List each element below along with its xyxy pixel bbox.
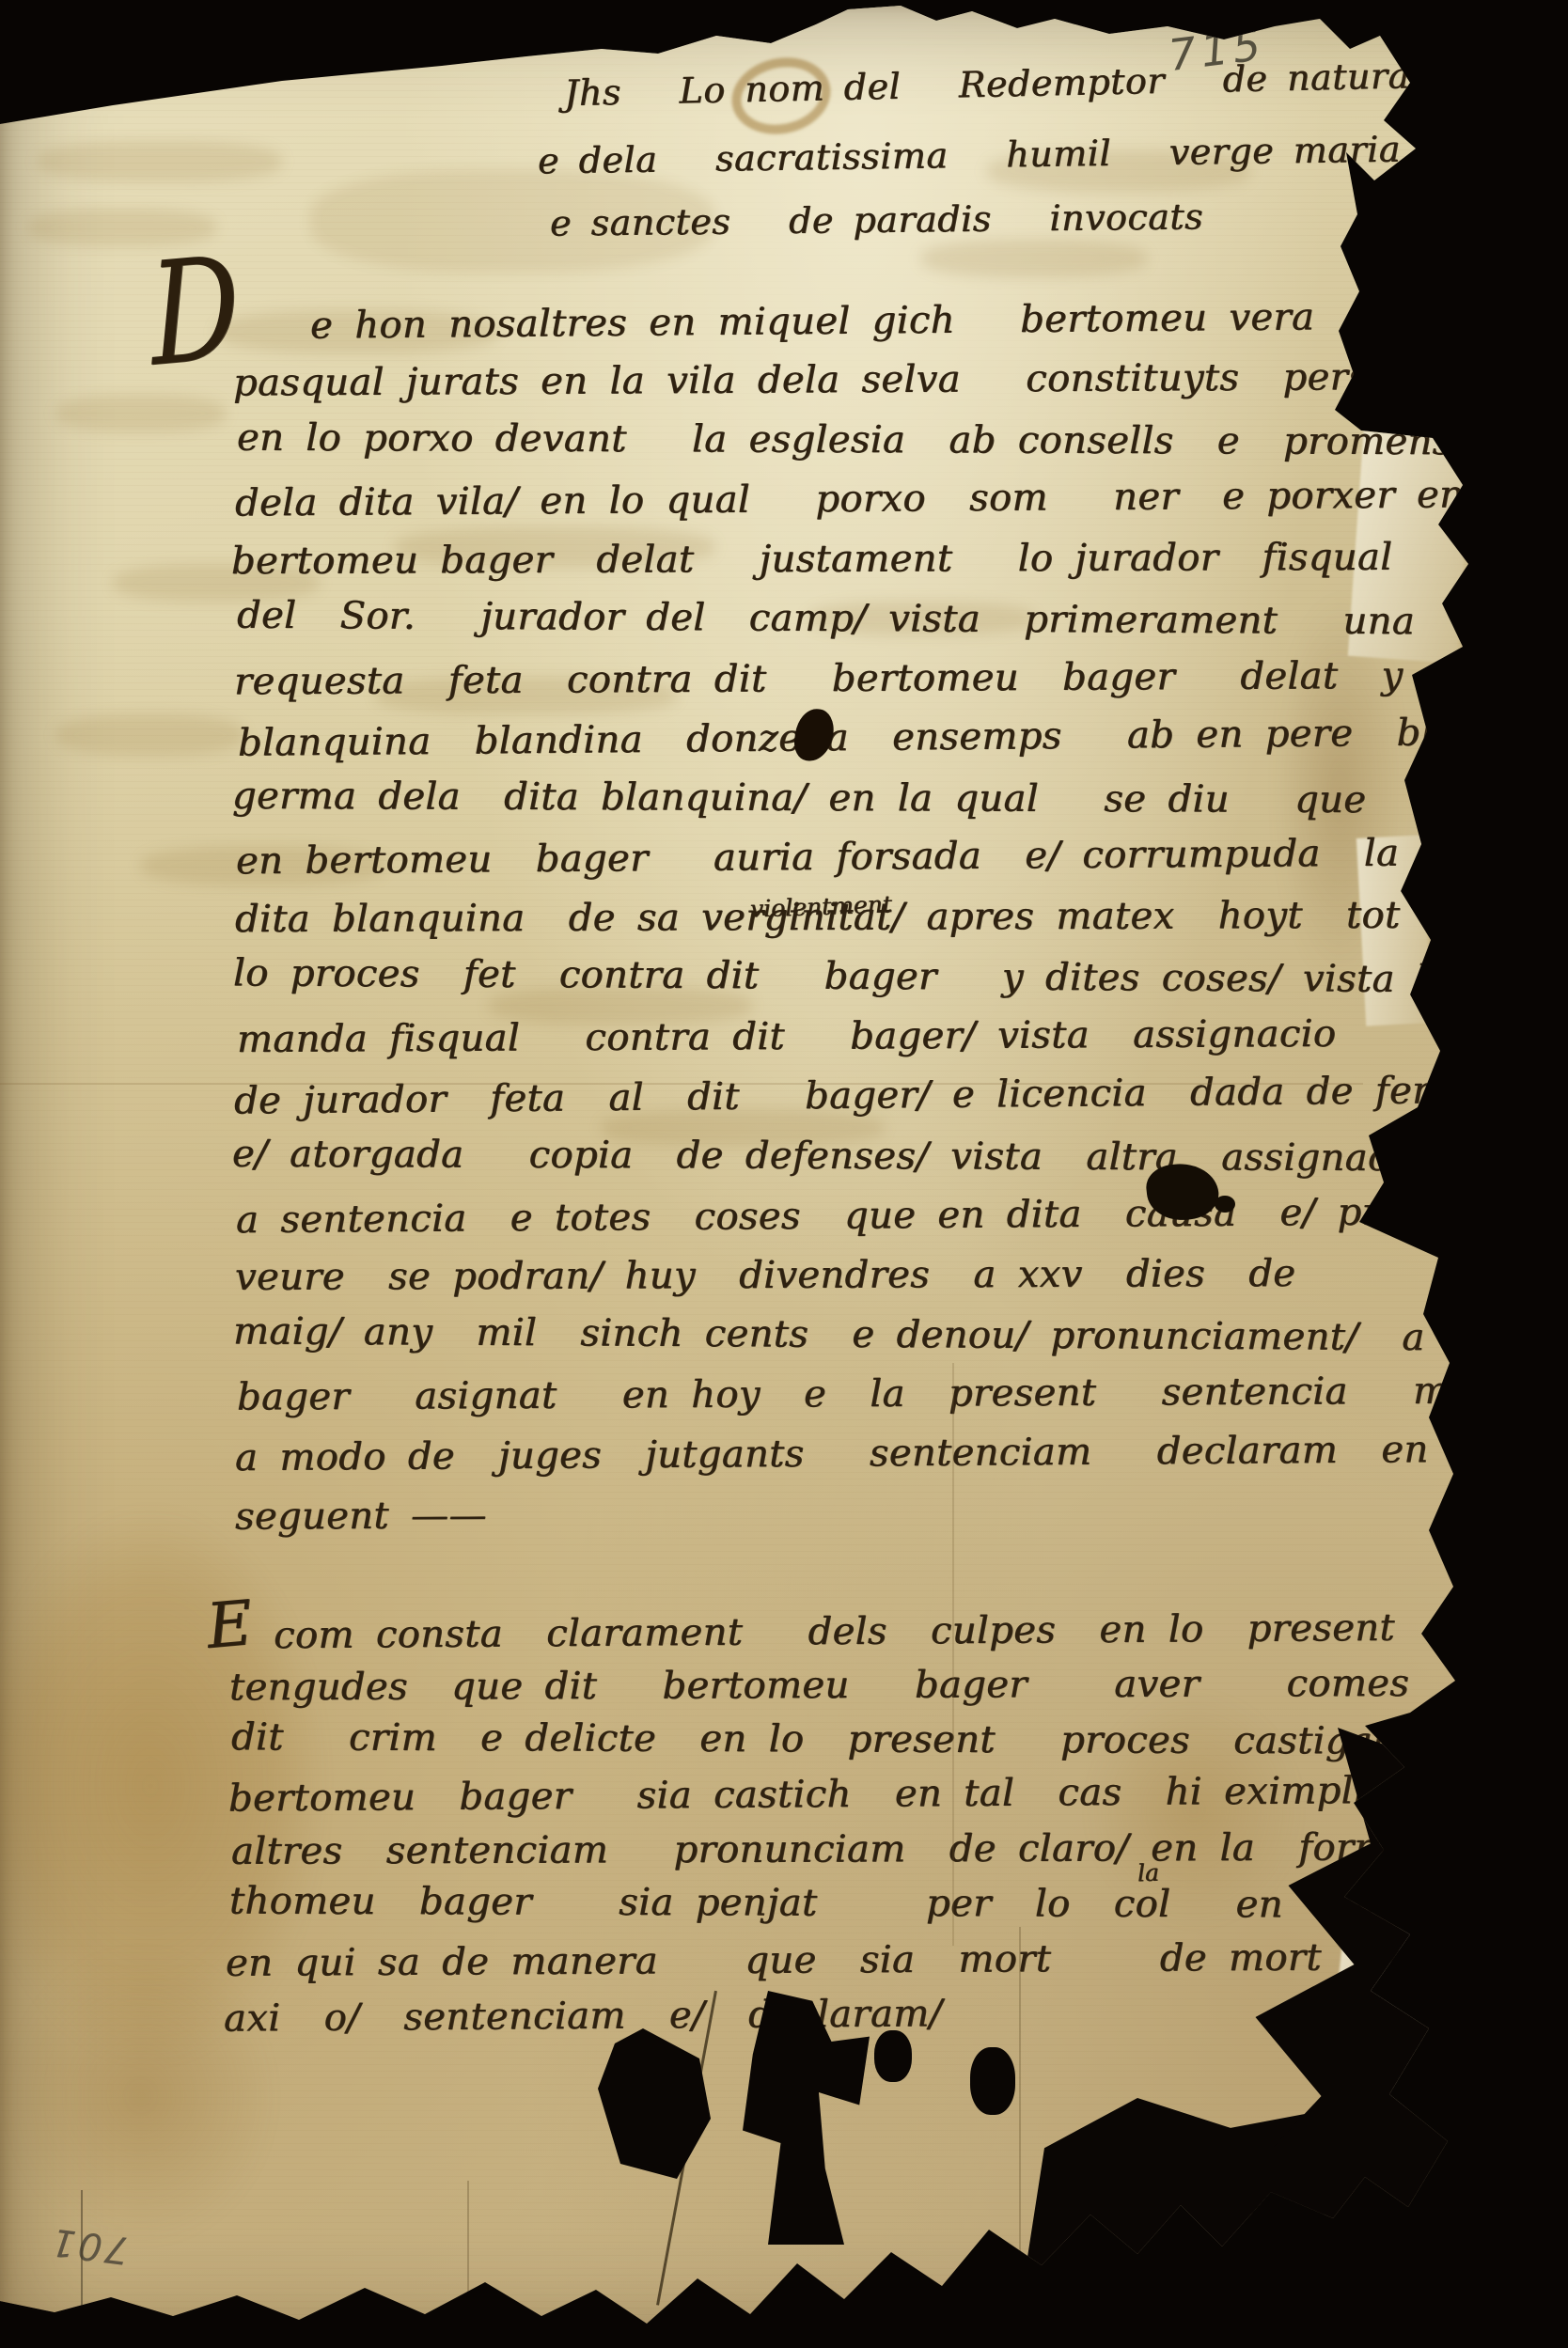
body-line: tengudes que dit bertomeu bager aver com… xyxy=(229,1662,1510,1710)
bleed-through-smudge xyxy=(921,240,1147,277)
initial-capital: D xyxy=(146,225,243,399)
invocation-line: e dela sacratissima humil verge maria e … xyxy=(538,127,1537,182)
body-line: dita blanquina de sa verginitat/ apres m… xyxy=(235,894,1401,941)
ink-blot xyxy=(1215,1196,1235,1213)
paper-hole xyxy=(598,2028,711,2179)
invocation-line: e sanctes de paradis invocats xyxy=(550,196,1204,243)
line-segment: thomeu bager sia penjat per lo col en xyxy=(229,1880,1283,1927)
manuscript-photo: 715 701 Jhs Lo nom del Redemptor de natu… xyxy=(0,0,1568,2348)
body-line: maig/ any mil sinch cents e denou/ pronu… xyxy=(233,1309,1499,1359)
body-line: lo proces fet contra dit bager y dites c… xyxy=(233,951,1521,1001)
body-line: en lo porxo devant la esglesia ab consel… xyxy=(237,416,1452,464)
body-line: germa dela dita blanquina/ en la qual se… xyxy=(232,775,1367,822)
body-line: bertomeu bager delat justament lo jurado… xyxy=(231,536,1392,583)
body-line: dela dita vila/ en lo qual porxo som ner… xyxy=(235,473,1465,524)
body-line: bertomeu bager sia castich en tal cas hi… xyxy=(228,1768,1465,1820)
invocation-line: Jhs Lo nom del Redemptor de natura huma xyxy=(564,52,1568,114)
body-line: de jurador feta al dit bager/ e licencia… xyxy=(234,1069,1431,1122)
paper-crease xyxy=(1019,1927,1021,2331)
paper-hole xyxy=(874,2030,912,2082)
paper-crease xyxy=(952,1363,954,1946)
paragraph-closing-word: seguent —— xyxy=(235,1494,487,1538)
line-segment: en qui sa de manera que sia mort de mort xyxy=(226,1935,1387,1984)
body-line: com consta clarament dels culpes en lo p… xyxy=(252,1604,1568,1658)
bleed-through-smudge xyxy=(56,395,226,432)
body-line: bager asignat en hoy e la present senten… xyxy=(237,1369,1534,1418)
paper-crease xyxy=(0,1083,1363,1085)
body-line: axi o/ sentenciam e/ declaram/ xyxy=(224,1992,943,2040)
paper-sheet: 715 701 Jhs Lo nom del Redemptor de natu… xyxy=(0,0,1568,2348)
body-line: requesta feta contra dit bertomeu bager … xyxy=(234,654,1472,704)
body-line: veure se podran/ huy divendres a xxv die… xyxy=(235,1252,1295,1299)
bleed-through-smudge xyxy=(38,141,282,182)
paper-crease xyxy=(467,2181,469,2331)
body-line: a sentencia e totes coses que en dita ca… xyxy=(236,1189,1568,1242)
line-segment: e/ xyxy=(1528,1934,1568,1978)
body-line: e/ atorgada copia de defenses/ vista alt… xyxy=(232,1133,1425,1180)
body-line: en bertomeu bager auria forsada e/ corru… xyxy=(236,832,1400,884)
body-line: a modo de juges jutgants sentenciam decl… xyxy=(235,1427,1568,1479)
paper-crease xyxy=(81,2190,83,2345)
bleed-through-smudge xyxy=(56,714,244,756)
body-line: e hon nosaltres en miquel gich bertomeu … xyxy=(310,293,1543,347)
paper-hole xyxy=(970,2047,1015,2115)
body-line: manda fisqual contra dit bager/ vista as… xyxy=(237,1012,1337,1061)
body-line: pasqual jurats en la vila dela selva con… xyxy=(233,354,1534,404)
body-line: del Sor. jurador del camp/ vista primera… xyxy=(237,594,1415,644)
paper-hole xyxy=(1013,2098,1324,2348)
struck-word: natural xyxy=(1387,1935,1528,1980)
initial-capital: E xyxy=(204,1587,256,1663)
